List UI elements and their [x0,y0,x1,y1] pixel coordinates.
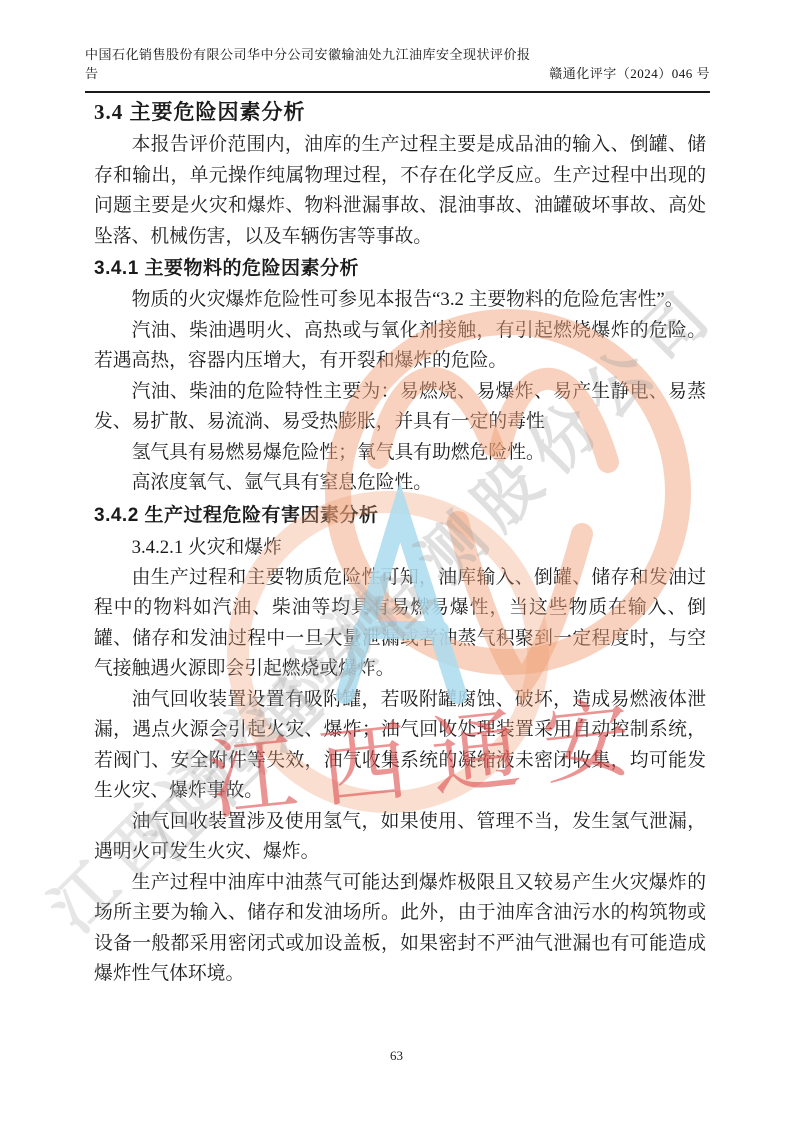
paragraph-hydrogen-oxygen: 氢气具有易燃易爆危险性；氧气具有助燃危险性。 [94,438,706,469]
section-heading-3-4-2-1: 3.4.2.1 火灾和爆炸 [94,532,706,563]
section-heading-3-4-1: 3.4.1 主要物料的危险因素分析 [94,252,706,285]
paragraph-explosive-atmosphere: 生产过程中油库中油蒸气可能达到爆炸极限且又较易产生火灾爆炸的场所主要为输入、储存… [94,868,706,990]
paragraph-vapor-recovery: 油气回收装置设置有吸附罐，若吸附罐腐蚀、破坏，造成易燃液体泄漏，遇点火源会引起火… [94,685,706,807]
header-document-number: 赣通化评字（2024）046 号 [549,63,710,82]
paragraph-hydrogen-use: 油气回收装置涉及使用氢气，如果使用、管理不当，发生氢气泄漏，遇明火可发生火灾、爆… [94,807,706,868]
document-body: 3.4 主要危险因素分析本报告评价范围内，油库的生产过程主要是成品油的输入、倒罐… [94,94,706,990]
page-header: 中国石化销售股份有限公司华中分公司安徽输油处九江油库安全现状评价报告 赣通化评字… [85,44,710,93]
paragraph-process-explosion: 由生产过程和主要物质危险性可知，油库输入、倒罐、储存和发油过程中的物料如汽油、柴… [94,563,706,685]
paragraph-asphyxia: 高浓度氧气、氩气具有窒息危险性。 [94,468,706,499]
header-report-title: 中国石化销售股份有限公司华中分公司安徽输油处九江油库安全现状评价报告 [85,44,535,82]
paragraph-material-ref: 物质的火灾爆炸危险性可参见本报告“3.2 主要物料的危险危害性”。 [94,285,706,316]
paragraph-oil-hazard-traits: 汽油、柴油的危险特性主要为：易燃烧、易爆炸、易产生静电、易蒸发、易扩散、易流淌、… [94,377,706,438]
section-heading-3-4-2: 3.4.2 生产过程危险有害因素分析 [94,499,706,532]
paragraph-overview: 本报告评价范围内，油库的生产过程主要是成品油的输入、倒罐、储存和输出，单元操作纯… [94,130,706,252]
paragraph-oil-fire-risk: 汽油、柴油遇明火、高热或与氧化剂接触，有引起燃烧爆炸的危险。若遇高热，容器内压增… [94,316,706,377]
page-number: 63 [390,1048,403,1063]
section-heading-3-4: 3.4 主要危险因素分析 [94,94,706,130]
page-footer: 63 [0,1048,793,1064]
